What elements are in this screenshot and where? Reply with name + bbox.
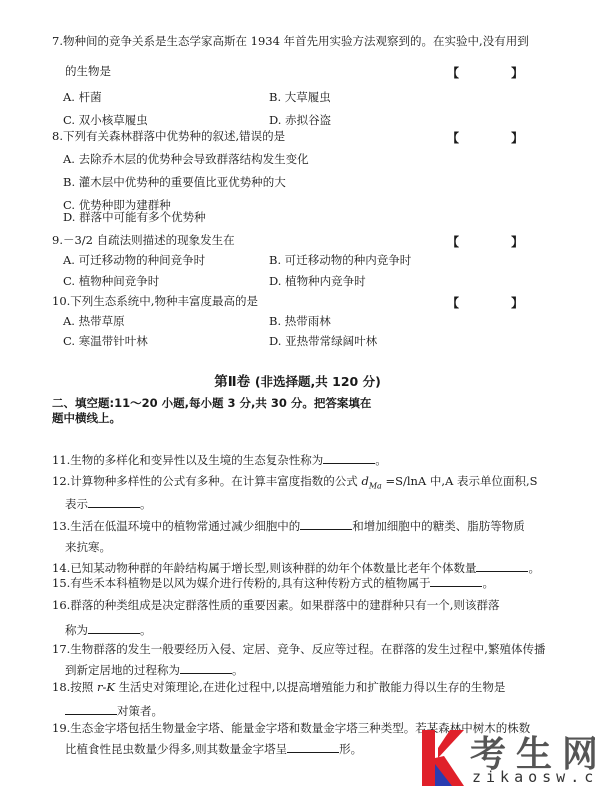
answer-bracket: 【 】 <box>447 64 547 81</box>
option-d: D. 植物种内竞争时 <box>269 274 366 288</box>
question-14: 14.已知某动物种群的年龄结构属于增长型,则该种群的幼年个体数量比老年个体数量。 <box>52 560 540 575</box>
option-c: C. 植物种间竞争时 <box>63 274 159 288</box>
k-logo-icon <box>420 728 466 788</box>
question-12-cont: 表示。 <box>65 496 152 511</box>
formula-subscript: Ma <box>369 481 382 490</box>
question-number: 12. <box>52 474 70 488</box>
formula-symbol: r-K <box>97 680 115 694</box>
question-11: 11.生物的多样化和变异性以及生境的生态复杂性称为。 <box>52 452 387 467</box>
question-text: 表示 <box>65 497 88 511</box>
question-text: 群落的种类组成是决定群落性质的重要因素。如果群落中的建群种只有一个,则该群落 <box>70 598 499 612</box>
question-text: 计算物种多样性的公式有多种。在计算丰富度指数的公式 <box>70 474 361 488</box>
answer-bracket: 【 】 <box>447 129 547 146</box>
question-number: 16. <box>52 598 70 612</box>
question-text: 物种间的竞争关系是生态学家高斯在 1934 年首先用实验方法观察到的。在实验中,… <box>63 34 529 48</box>
punctuation: 。 <box>375 453 387 467</box>
punctuation: 。 <box>140 623 152 637</box>
answer-blank[interactable] <box>287 741 339 753</box>
question-text: 到新定居地的过程称为 <box>65 663 180 677</box>
option-a: A. 杆菌 <box>63 90 102 104</box>
punctuation: 。 <box>140 497 152 511</box>
watermark-url: zikaosw.cn <box>472 768 595 786</box>
question-text: 生活在低温环境中的植物常通过减少细胞中的 <box>70 519 300 533</box>
question-18: 18.按照 r-K 生活史对策理论,在进化过程中,以提高增殖能力和扩散能力得以生… <box>52 680 505 694</box>
question-number: 18. <box>52 680 70 694</box>
answer-bracket: 【 】 <box>447 294 547 311</box>
option-b: B. 热带雨林 <box>269 314 331 328</box>
question-number: 11. <box>52 453 70 467</box>
question-8: 8.下列有关森林群落中优势种的叙述,错误的是 <box>52 129 285 143</box>
question-text: 生物群落的发生一般要经历入侵、定居、竞争、反应等过程。在群落的发生过程中,繁殖体… <box>70 642 545 656</box>
answer-blank[interactable] <box>88 496 140 508</box>
answer-blank[interactable] <box>180 662 232 674</box>
question-number: 8. <box>52 129 63 143</box>
question-text: －3/2 自疏法则描述的现象发生在 <box>63 233 235 247</box>
question-9: 9.－3/2 自疏法则描述的现象发生在 <box>52 233 235 247</box>
option-d: D. 亚热带常绿阔叶林 <box>269 334 377 348</box>
question-text: 形。 <box>339 742 362 756</box>
question-15: 15.有些禾本科植物是以风为媒介进行传粉的,具有这种传粉方式的植物属于。 <box>52 575 494 590</box>
question-text: 和增加细胞中的糖类、脂肪等物质 <box>352 519 525 533</box>
punctuation: 。 <box>232 663 244 677</box>
question-16-cont: 称为。 <box>65 622 152 637</box>
question-17-cont: 到新定居地的过程称为。 <box>65 662 244 677</box>
question-12: 12.计算物种多样性的公式有多种。在计算丰富度指数的公式 dMa =S/lnA … <box>52 474 538 493</box>
question-text: 生物的多样化和变异性以及生境的生态复杂性称为 <box>70 453 323 467</box>
option-a: A. 可迁移动物的种间竞争时 <box>63 253 205 267</box>
question-10: 10.下列生态系统中,物种丰富度最高的是 <box>52 294 258 308</box>
answer-blank[interactable] <box>65 703 117 715</box>
question-19-cont: 比植食性昆虫数量少得多,则其数量金字塔呈形。 <box>65 741 362 756</box>
question-7-cont: 的生物是 <box>65 64 111 78</box>
watermark-logo: 考生网 zikaosw.cn <box>420 728 592 788</box>
question-text: 比植食性昆虫数量少得多,则其数量金字塔呈 <box>65 742 287 756</box>
answer-blank[interactable] <box>430 575 482 587</box>
punctuation: 。 <box>482 576 494 590</box>
formula-symbol: d <box>361 474 368 488</box>
question-17: 17.生物群落的发生一般要经历入侵、定居、竞争、反应等过程。在群落的发生过程中,… <box>52 642 545 656</box>
question-number: 15. <box>52 576 70 590</box>
section-title-paren: (非选择题,共 120 分) <box>255 374 381 389</box>
question-text: 称为 <box>65 623 88 637</box>
option-c: C. 双小核草履虫 <box>63 113 148 127</box>
question-text: 对策者。 <box>117 704 163 718</box>
question-18-cont: 对策者。 <box>65 703 163 718</box>
question-number: 9. <box>52 233 63 247</box>
option-a: A. 去除乔木层的优势种会导致群落结构发生变化 <box>63 152 309 166</box>
question-text: 按照 <box>70 680 97 694</box>
question-text: 下列生态系统中,物种丰富度最高的是 <box>70 294 258 308</box>
question-number: 7. <box>52 34 63 48</box>
option-d: D. 赤拟谷盗 <box>269 113 331 127</box>
option-d: D. 群落中可能有多个优势种 <box>63 210 206 224</box>
question-number: 19. <box>52 721 70 735</box>
question-13-cont: 来抗寒。 <box>65 540 111 554</box>
question-number: 10. <box>52 294 70 308</box>
question-number: 17. <box>52 642 70 656</box>
option-a: A. 热带草原 <box>63 314 125 328</box>
answer-blank[interactable] <box>300 518 352 530</box>
question-text: 已知某动物种群的年龄结构属于增长型,则该种群的幼年个体数量比老年个体数量 <box>70 561 476 575</box>
question-7: 7.物种间的竞争关系是生态学家高斯在 1934 年首先用实验方法观察到的。在实验… <box>52 34 529 48</box>
section-title: 第Ⅱ卷 (非选择题,共 120 分) <box>0 370 595 390</box>
question-text: 有些禾本科植物是以风为媒介进行传粉的,具有这种传粉方式的植物属于 <box>70 576 430 590</box>
section-instruction: 二、填空题:11～20 小题,每小题 3 分,共 30 分。把答案填在题中横线上… <box>52 396 382 426</box>
option-c: C. 寒温带针叶林 <box>63 334 148 348</box>
question-number: 13. <box>52 519 70 533</box>
question-13: 13.生活在低温环境中的植物常通过减少细胞中的和增加细胞中的糖类、脂肪等物质 <box>52 518 525 533</box>
option-b: B. 灌木层中优势种的重要值比亚优势种的大 <box>63 175 286 189</box>
question-16: 16.群落的种类组成是决定群落性质的重要因素。如果群落中的建群种只有一个,则该群… <box>52 598 499 612</box>
answer-blank[interactable] <box>323 452 375 464</box>
section-title-main: 第Ⅱ卷 <box>214 374 250 390</box>
question-text: 生活史对策理论,在进化过程中,以提高增殖能力和扩散能力得以生存的生物是 <box>115 680 505 694</box>
option-b: B. 可迁移动物的种内竞争时 <box>269 253 411 267</box>
option-b: B. 大草履虫 <box>269 90 331 104</box>
answer-blank[interactable] <box>476 560 528 572</box>
punctuation: 。 <box>528 561 540 575</box>
answer-bracket: 【 】 <box>447 233 547 250</box>
question-text: 下列有关森林群落中优势种的叙述,错误的是 <box>63 129 285 143</box>
question-text: =S/lnA 中,A 表示单位面积,S <box>382 474 538 488</box>
question-number: 14. <box>52 561 70 575</box>
answer-blank[interactable] <box>88 622 140 634</box>
